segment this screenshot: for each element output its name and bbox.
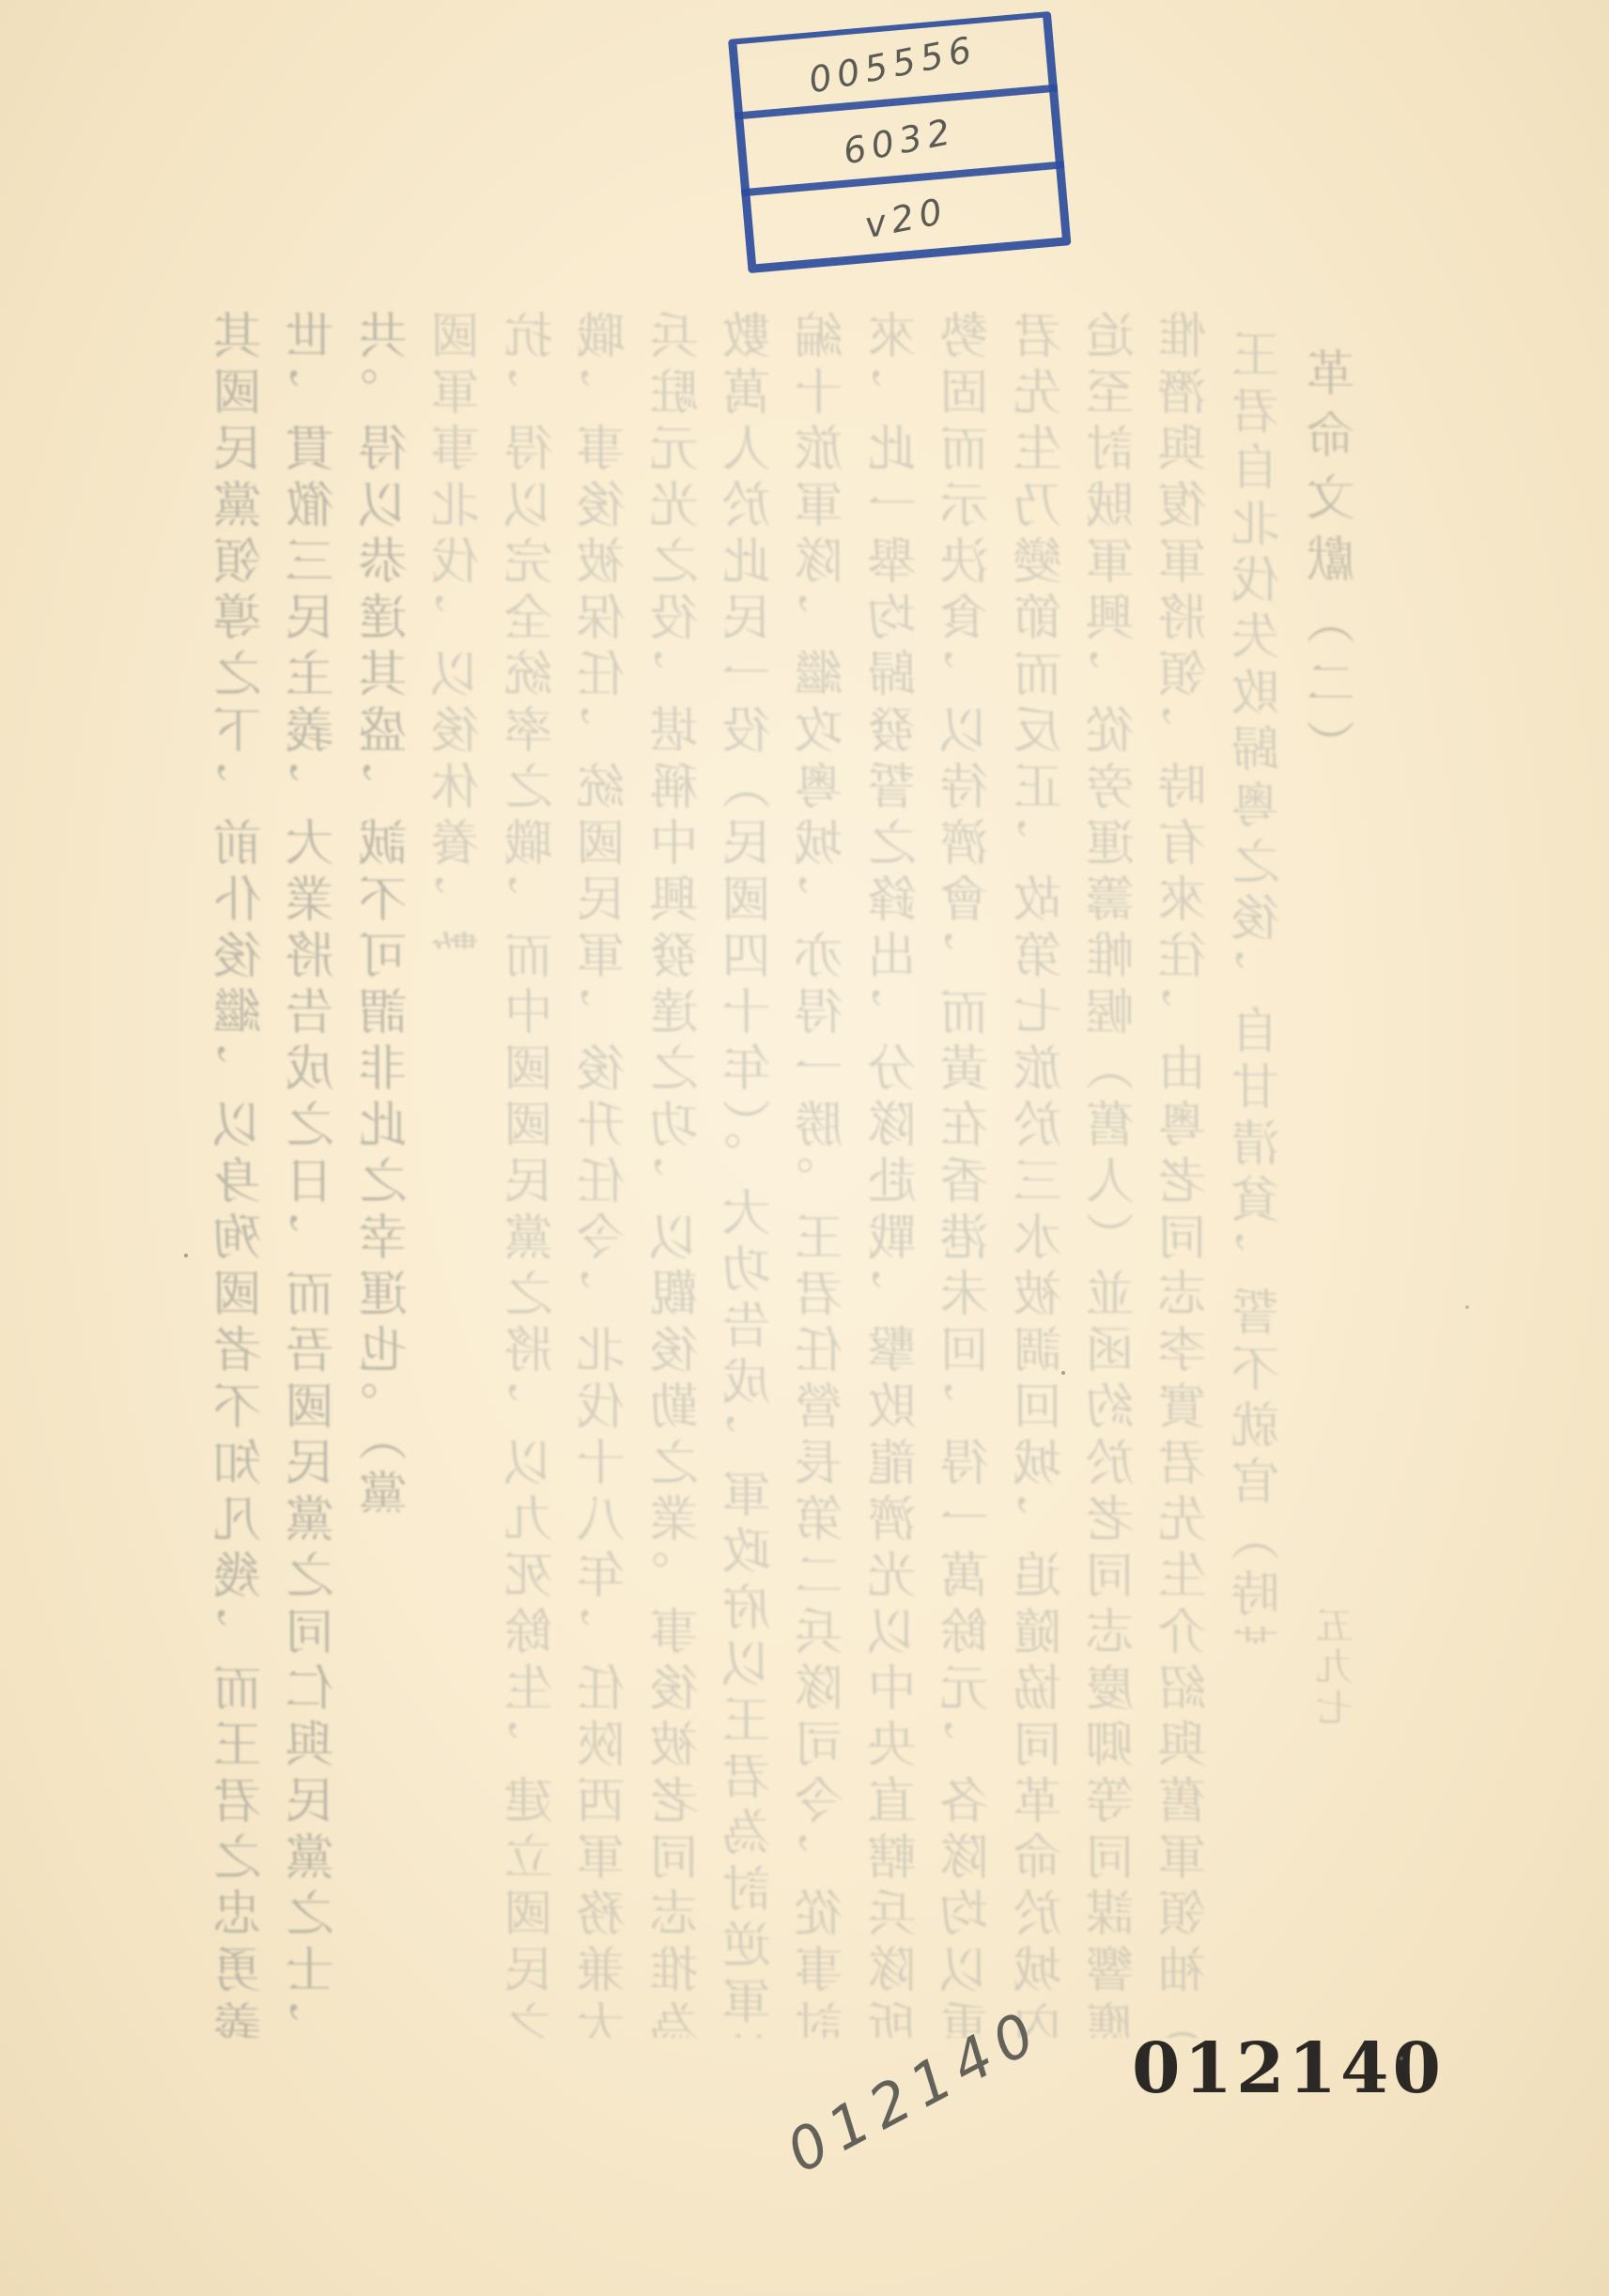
stamp-value: 005556	[805, 28, 980, 101]
archive-stamp: 005556 6032 v20	[728, 11, 1071, 273]
archive-number-stamp: 012140	[1132, 2028, 1445, 2109]
text-column: 君先生乃變節而反正，故第七旅於三水被調回城，追隨協同革命於城內，討敗部隊自會作統…	[1014, 310, 1071, 2038]
stamp-dot	[1400, 2057, 1403, 2060]
paper-speck	[184, 1254, 188, 1257]
text-column: 世，貫徹三民主義，大業將告成之日，而吾國民黨之同仁與民黨之士，共同奮鬥之精神，為…	[286, 310, 343, 2038]
stamp-value: 6032	[840, 110, 959, 172]
text-column-source-note: 共。得以恭達其盛，誠不可謂非此之幸運也。（黨史會藏原件）	[360, 310, 416, 1512]
text-column: 迨至討賊軍興，從旁運籌帷幄（舊人）並函約於老同志慶卿等同謀響應及附近各城之駐兵，…	[1087, 310, 1143, 2038]
stamp-value: v20	[861, 190, 951, 246]
page-number: 五九七	[1310, 1606, 1357, 1730]
text-column: 勢固而示決食，以待濟會，而黃在香港未回，得一萬餘元，各隊均以重金賞兵士，及諸革命…	[941, 310, 998, 2038]
text-column: 編十旅軍隊，繼攻粵城，亦得一勝。王君任營長第二兵隊司令，從事討逆，命其參與攻擊，…	[796, 310, 852, 2038]
paper-speck	[1465, 1305, 1469, 1309]
text-column: 惟潛與復軍將領，時有來往，由粵老同志李實君先生介紹與舊軍領袖（第七旅旅長），更謀…	[1159, 310, 1215, 2038]
text-column: 王君自北伐失敗歸粵之後，自甘清貧，誓不就官（時革軍官同學甚多，欲為出之，皆謝卻）…	[1232, 329, 1289, 1643]
bleed-through-text-block: 革命文獻（二） 王君自北伐失敗歸粵之後，自甘清貧，誓不就官（時革軍官同學甚多，欲…	[225, 310, 1390, 2057]
text-column: 抗，得以完全統率之職，而中國國民黨之將，以九死餘生，建立國民之功，終得天年，故本	[505, 310, 562, 2038]
text-column: 數萬人於此民一役（民國四十年）。大功告成，軍政府以王君為討逆軍總司令部參謀長，兼…	[723, 310, 780, 2038]
text-column: 職，事後被保任，統國民軍，後升任令，北伐十八年，任陝西軍務兼大約參軍事件之事，在…	[578, 310, 634, 2038]
text-column: 國軍事北伐，以後休養，數年始得病。	[432, 310, 488, 948]
text-column: 其國民黨領導之下，前仆後繼，以身殉國者不知凡幾，而王君之忠勇義烈，足以垂範後世於…	[214, 310, 271, 2038]
text-column: 來，此一舉均歸發誓之鋒出，分隊赴戰，擊敗龍濟光以中央直轄兵隊所領之三萬兵，所部分…	[869, 310, 925, 2038]
paper-speck	[1061, 1371, 1065, 1375]
text-column: 兵駐元光之役，堪稱中興發達之功，以觀後勤之業。事後被老同志推為黨長兼任一軍長	[651, 310, 707, 2038]
scanned-document-page: 005556 6032 v20 革命文獻（二） 王君自北伐失敗歸粵之後，自甘清貧…	[0, 0, 1609, 2296]
running-header: 革命文獻（二）	[1307, 347, 1364, 873]
